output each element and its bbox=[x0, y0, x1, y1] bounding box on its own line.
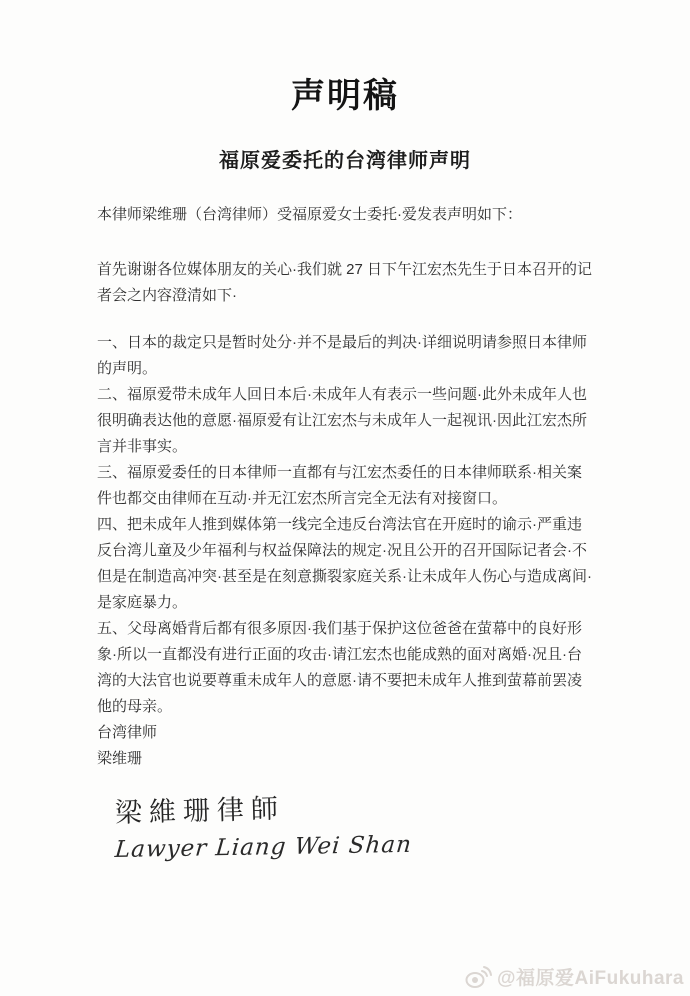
statement-point-3: 三、福原爱委任的日本律师一直都有与江宏杰委任的日本律师联系·相关案件也都交由律师… bbox=[97, 460, 593, 512]
lead-paragraph: 首先谢谢各位媒体朋友的关心·我们就 27 日下午江宏杰先生于日本召开的记者会之内… bbox=[97, 257, 593, 309]
statement-point-1: 一、日本的裁定只是暂时处分·并不是最后的判决·详细说明请参照日本律师的声明。 bbox=[97, 330, 593, 382]
statement-point-4: 四、把未成年人推到媒体第一线完全违反台湾法官在开庭时的谕示·严重违反台湾儿童及少… bbox=[97, 512, 593, 616]
numbered-points: 一、日本的裁定只是暂时处分·并不是最后的判决·详细说明请参照日本律师的声明。 二… bbox=[97, 330, 593, 720]
statement-point-2: 二、福原爱带未成年人回日本后·未成年人有表示一些问题·此外未成年人也很明确表达他… bbox=[97, 382, 593, 460]
watermark-handle: @福原爱AiFukuhara bbox=[497, 963, 684, 990]
document-subtitle: 福原爱委托的台湾律师声明 bbox=[97, 148, 593, 174]
signoff-block: 台湾律师 梁维珊 bbox=[97, 720, 593, 772]
statement-point-5: 五、父母离婚背后都有很多原因·我们基于保护这位爸爸在萤幕中的良好形象·所以一直都… bbox=[97, 616, 593, 720]
intro-paragraph: 本律师梁维珊（台湾律师）受福原爱女士委托·爱发表声明如下： bbox=[97, 202, 593, 228]
signoff-role: 台湾律师 bbox=[97, 720, 593, 746]
watermark: @福原爱AiFukuhara bbox=[464, 963, 684, 990]
signoff-name: 梁维珊 bbox=[97, 746, 593, 772]
weibo-logo-icon bbox=[464, 965, 492, 989]
statement-document-page: 声明稿 福原爱委托的台湾律师声明 本律师梁维珊（台湾律师）受福原爱女士委托·爱发… bbox=[0, 0, 690, 996]
signature-block: 梁維珊律師 Lawyer Liang Wei Shan bbox=[97, 798, 593, 865]
document-title: 声明稿 bbox=[97, 76, 593, 116]
handwritten-signature-chinese: 梁維珊律師 bbox=[115, 785, 594, 830]
handwritten-signature-english: Lawyer Liang Wei Shan bbox=[114, 827, 595, 865]
